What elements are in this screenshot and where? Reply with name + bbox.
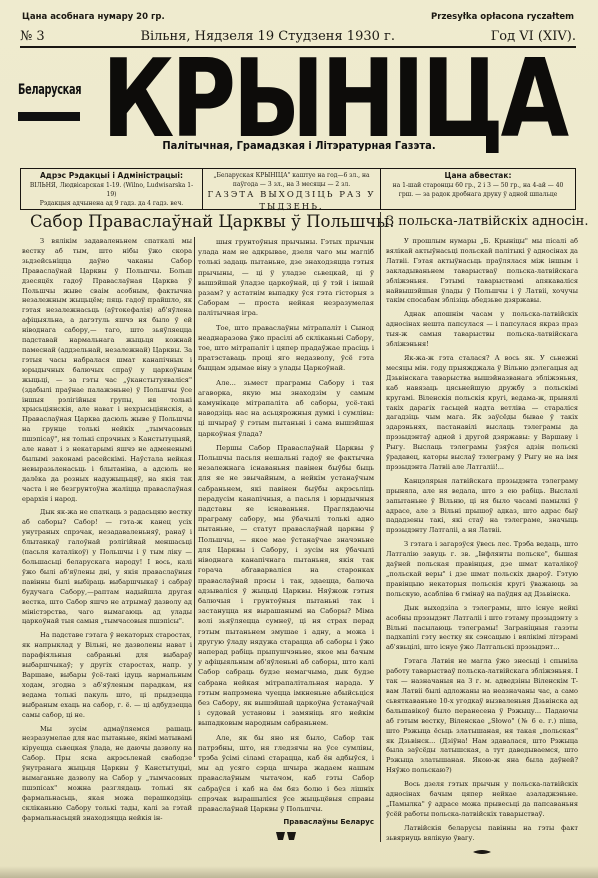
publication-frequency: ГАЗЭТА ВЫХОДЗІЦЬ РАЗ У ТЫДЗЕНЬ. [207, 190, 375, 212]
subscription-prices: „Беларуская КРЫНІЦА" каштуе на год—6 зл.… [213, 172, 369, 188]
article2-column: У прошлым нумары „Б. Крыніцы" мы пісалі … [386, 237, 578, 858]
paragraph: На падставе гэтага ў некаторых старостах… [22, 631, 192, 720]
newspaper-page: Цана асобнага нумару 20 гр. Przesyłka op… [0, 0, 598, 878]
paragraph: У прошлым нумары „Б. Крыніцы" мы пісалі … [386, 237, 578, 306]
masthead-bar [18, 112, 80, 121]
ads-prices: на 1-шай старонцы 60 гр., 2 і 3 — 50 гр.… [393, 182, 564, 198]
postage-note: Przesyłka opłacona ryczałtem [431, 12, 574, 22]
masthead-pre-title: Беларуская [18, 82, 81, 98]
paragraph: Вось дзеля гэтых прычын у польска-латвій… [386, 780, 578, 820]
column-divider [194, 237, 195, 757]
column-divider [380, 212, 381, 842]
masthead-title: КРЫНІЦА [102, 50, 566, 150]
paragraph: З гэтага і загарэўся ўвесь лес. Трэба ве… [386, 540, 578, 599]
paragraph: Гэтага Латвія не магла ўжо знесьці і спы… [386, 657, 578, 776]
paragraph: Дык выходзіла з тэлеграмы, што існуе ней… [386, 604, 578, 654]
address-cell: Адрэс Рэдакцыі і Адміністрацыі: ВІЛЬНЯ, … [21, 169, 203, 209]
paragraph: шыя грунтоўныя прычыны. Гэтых прычын ула… [198, 237, 374, 319]
article2-headline: З польска-латвійскіх адносін. [386, 214, 578, 229]
paragraph: Латвійскія беларусы павінны на гэты факт… [386, 824, 578, 844]
ornament-icon [471, 848, 493, 858]
paragraph: Але... зьмест праграмы Сабору і тая агав… [198, 378, 374, 439]
article1-column2: шыя грунтоўныя прычыны. Гэтых прычын ула… [198, 237, 374, 841]
info-box: Адрэс Рэдакцыі і Адміністрацыі: ВІЛЬНЯ, … [20, 168, 576, 210]
paragraph: Але, як бы яно ня было, Сабор так патрэб… [198, 733, 374, 815]
paragraph: Як-жа-ж гэта сталася? А вось як. У сьнеж… [386, 354, 578, 473]
article1-headline: Сабор Праваслаўнай Царквы ў Польшчы. [30, 212, 380, 231]
paragraph: Аднак апошнім часам у польска-латвійскіх… [386, 310, 578, 350]
article1-column1: З вялікім задаваленьнем спаткалі мы вест… [22, 237, 192, 824]
issue-number: № 3 [20, 29, 45, 44]
paragraph: Першы Сабор Праваслаўнай Царквы ў Польшч… [198, 443, 374, 729]
paragraph: Тое, што праваслаўны мітрапаліт і Сынод … [198, 323, 374, 374]
page-edge [0, 866, 598, 878]
paragraph: Мы зусім адмаўляемся рашаць незразумелае… [22, 725, 192, 824]
subscription-cell: „Беларуская КРЫНІЦА" каштуе на год—6 зл.… [203, 169, 381, 209]
masthead: Беларуская КРЫНІЦА [18, 56, 580, 152]
masthead-subtitle: Палітычная, Грамадзкая і Літэратурная Га… [30, 139, 568, 152]
issue-price: Цана асобнага нумару 20 гр. [22, 12, 165, 22]
address-title: Адрэс Рэдакцыі і Адміністрацыі: [40, 171, 183, 180]
address-text: ВІЛЬНЯ, Людвісарская 1-19. (Wilno, Ludwi… [30, 182, 193, 198]
paragraph: Канцэлярыя латвійскага прэзыдэнта тэлегр… [386, 477, 578, 536]
article1-signature: Праваслаўны Беларус [198, 817, 374, 827]
paragraph: З вялікім задаваленьнем спаткалі мы вест… [22, 237, 192, 504]
ads-title: Цана абвестак: [445, 171, 512, 180]
ornament-icon [275, 831, 297, 841]
office-hours: Рэдакцыя адчынена ад 9 гадз. да 4 гадз. … [40, 200, 183, 207]
paragraph: Дык як-жа не спаткаць з радасьцяю вестку… [22, 508, 192, 627]
ads-cell: Цана абвестак: на 1-шай старонцы 60 гр.,… [381, 169, 575, 209]
